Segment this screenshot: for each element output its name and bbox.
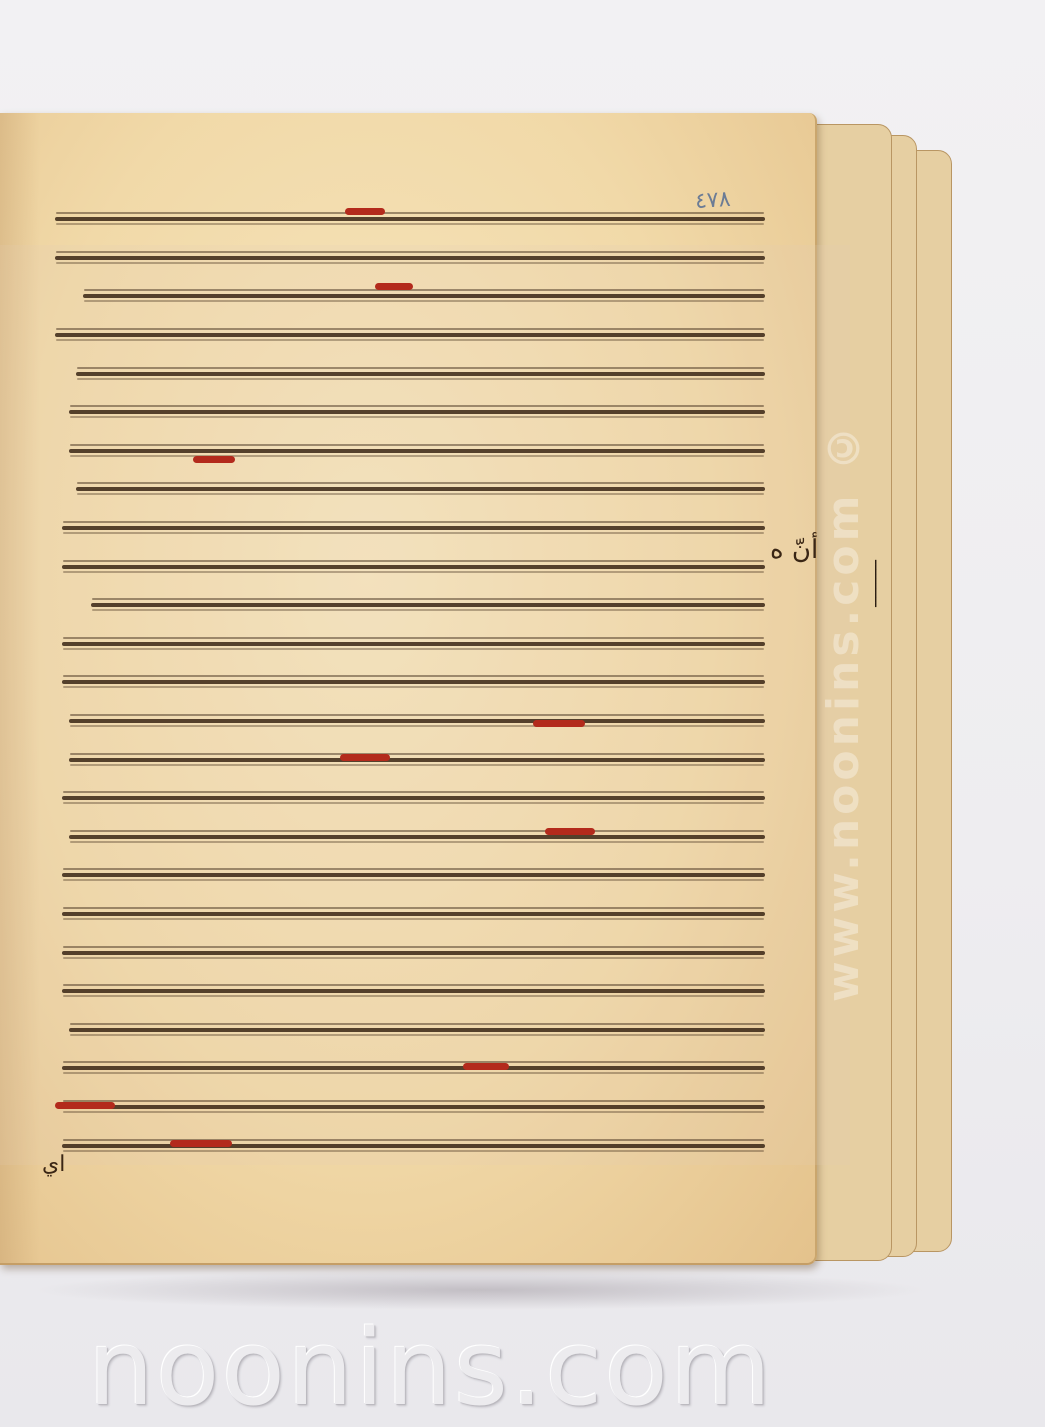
- text-line: [55, 895, 765, 934]
- text-line: [55, 354, 765, 393]
- vertical-watermark: www.noonins.com ©: [818, 250, 876, 1170]
- text-line: [55, 432, 765, 471]
- text-line: [55, 1088, 765, 1127]
- text-line: [55, 316, 765, 355]
- text-line: [55, 740, 765, 779]
- bottom-watermark: noonins.com: [88, 1318, 748, 1418]
- text-line: [55, 547, 765, 586]
- text-line: [55, 1126, 765, 1165]
- text-line: [55, 200, 765, 239]
- text-line: [55, 625, 765, 664]
- text-line: [55, 393, 765, 432]
- text-line: [55, 702, 765, 741]
- text-line: [55, 470, 765, 509]
- catchword: اي: [42, 1152, 65, 1177]
- text-line: [55, 277, 765, 316]
- text-line: [55, 509, 765, 548]
- text-line: [55, 856, 765, 895]
- page-stain: [0, 113, 40, 1263]
- margin-annotation: أنّ ه: [770, 535, 818, 565]
- text-line: [55, 239, 765, 278]
- text-line: [55, 933, 765, 972]
- text-line: [55, 779, 765, 818]
- manuscript-text-block: [55, 200, 765, 1165]
- book-shadow: [30, 1270, 930, 1310]
- text-line: [55, 1049, 765, 1088]
- text-line: [55, 663, 765, 702]
- text-line: [55, 586, 765, 625]
- text-line: [55, 972, 765, 1011]
- text-line: [55, 818, 765, 857]
- text-line: [55, 1010, 765, 1049]
